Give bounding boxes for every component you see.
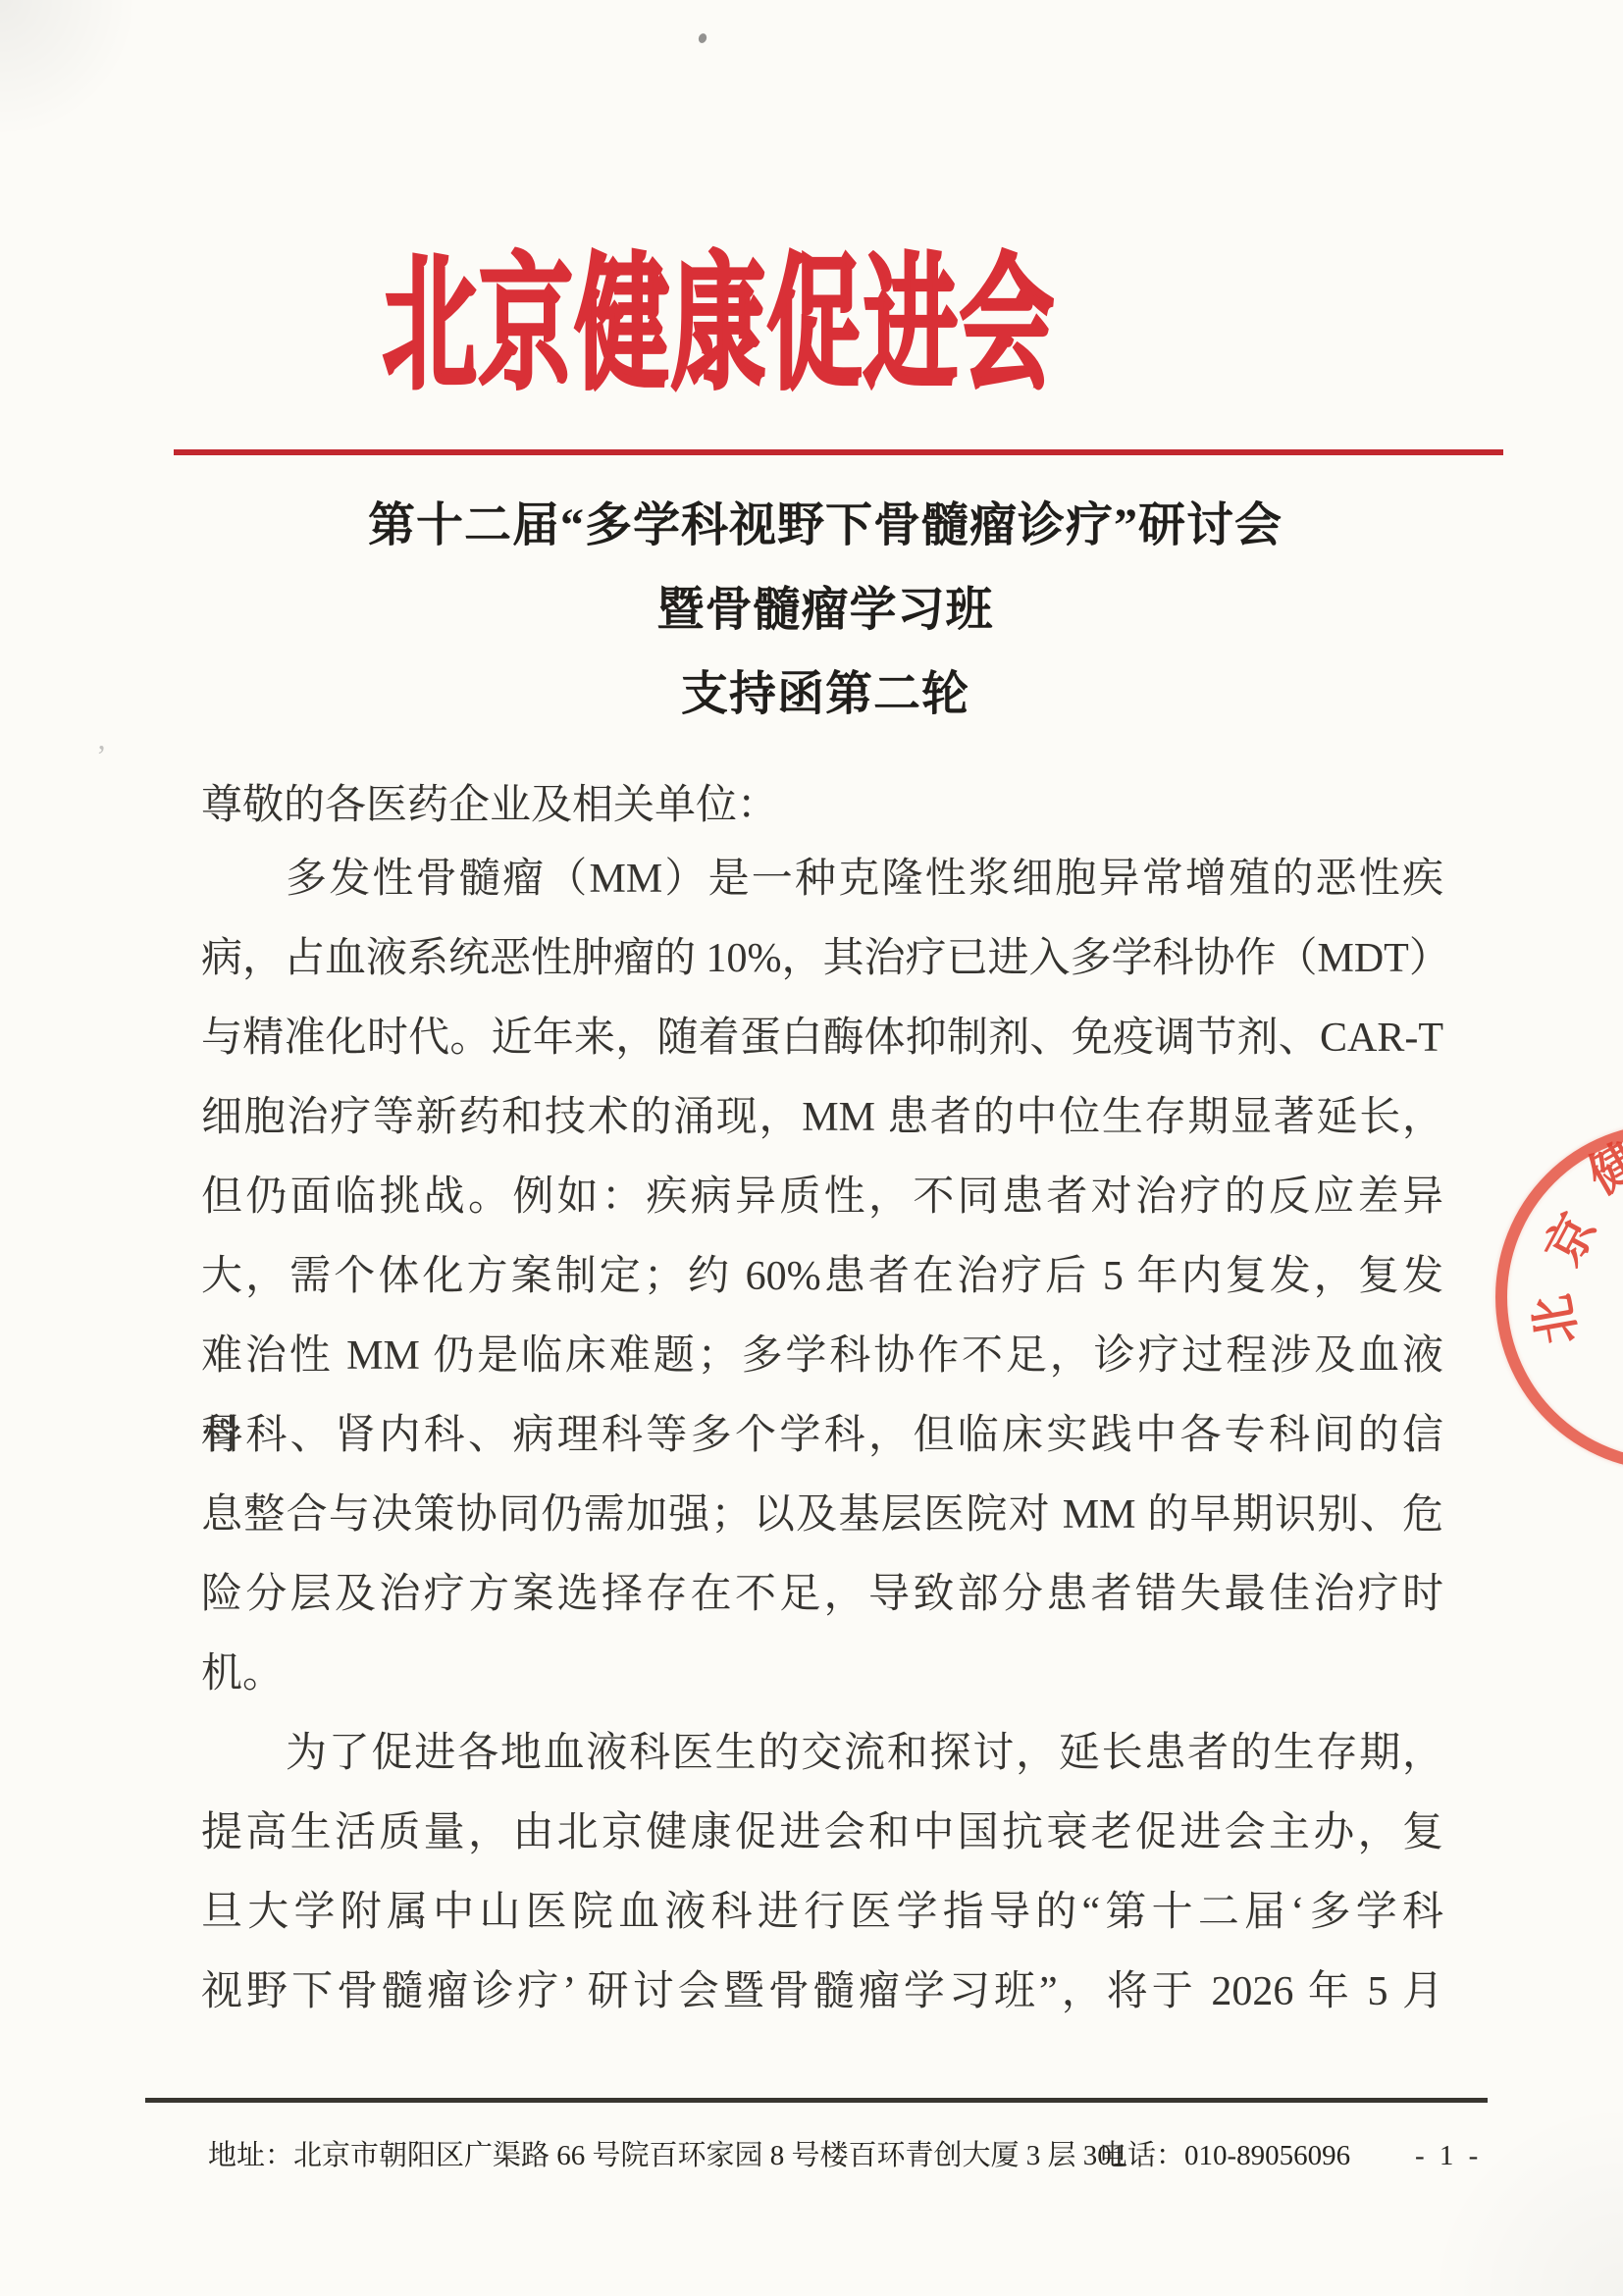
footer: 地址：北京市朝阳区广渠路 66 号院百环家园 8 号楼百环青创大厦 3 层 30… [0, 2131, 1623, 2180]
scanned-letter-page: ’ 北京健康促进会 第十二届“多学科视野下骨髓瘤诊疗”研讨会 暨骨髓瘤学习班 支… [0, 0, 1623, 2296]
page-number: - 1 - [1415, 2131, 1482, 2180]
seal-arc-text: 北京健 [0, 0, 1623, 2296]
footer-rule [145, 2098, 1488, 2103]
footer-address-label: 地址： [208, 2140, 293, 2171]
footer-phone: 电话：010-89056096 [1099, 2131, 1350, 2180]
footer-phone-label: 电话： [1099, 2140, 1184, 2171]
seal-char: 健 [1581, 1135, 1623, 1202]
footer-address-value: 北京市朝阳区广渠路 66 号院百环家园 8 号楼百环青创大厦 3 层 301 [293, 2140, 1126, 2171]
footer-address: 地址：北京市朝阳区广渠路 66 号院百环家园 8 号楼百环青创大厦 3 层 30… [208, 2131, 1126, 2180]
seal-char: 北 [1527, 1291, 1584, 1348]
seal-char: 京 [1538, 1206, 1604, 1273]
footer-phone-value: 010-89056096 [1184, 2140, 1350, 2171]
